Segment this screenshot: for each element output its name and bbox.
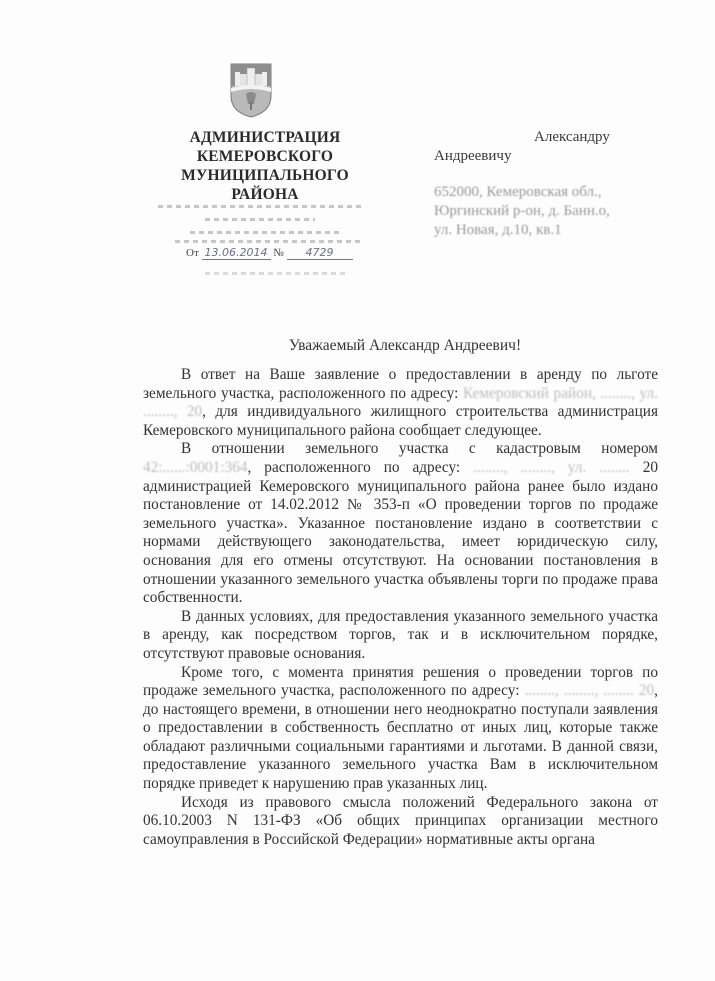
paragraph-2: В отношении земельного участка с кадастр…: [143, 440, 658, 607]
paragraph-text: , расположенного по адресу:: [248, 459, 474, 476]
redacted-org-address-3: [190, 231, 340, 234]
org-name-line-1: АДМИНИСТРАЦИЯ: [150, 128, 380, 147]
paragraph-text: В отношении земельного участка с кадастр…: [181, 440, 658, 457]
redacted-org-address-4: [175, 240, 360, 243]
letter-body: В ответ на Ваше заявление о предоставлен…: [143, 366, 658, 849]
number-label: №: [273, 247, 284, 259]
paragraph-3: В данных условиях, для предоставления ук…: [143, 608, 658, 664]
redacted-org-address-2: [205, 218, 315, 221]
redacted-address: ........, ........, ........ 20: [524, 682, 654, 699]
paragraph-5: Исходя из правового смысла положений Фед…: [143, 794, 658, 850]
greeting: Уважаемый Александр Андреевич!: [130, 337, 680, 355]
recipient-patronymic: Андреевичу: [434, 147, 704, 166]
document-number: 4729: [287, 246, 353, 260]
letter-page: АДМИНИСТРАЦИЯ КЕМЕРОВСКОГО МУНИЦИПАЛЬНОГ…: [0, 0, 715, 981]
paragraph-4: Кроме того, с момента принятия решения о…: [143, 664, 658, 794]
org-name-line-4: РАЙОНА: [150, 185, 380, 204]
recipient-block: Александру Андреевичу 652000, Кемеровска…: [434, 128, 704, 240]
redacted-cadastral-number: 42:......:0001:364: [143, 459, 248, 476]
recipient-address-line-1: 652000, Кемеровская обл.,: [434, 183, 704, 202]
paragraph-text: 20 администрацией Кемеровского муниципал…: [143, 459, 658, 606]
recipient-address-line-3: ул. Новая, д.10, кв.1: [434, 221, 704, 240]
document-date-number: От 13.06.2014 № 4729: [186, 246, 353, 260]
organization-name: АДМИНИСТРАЦИЯ КЕМЕРОВСКОГО МУНИЦИПАЛЬНОГ…: [150, 128, 380, 204]
document-date: 13.06.2014: [202, 246, 271, 260]
redacted-address: ........, ........, ул. ........: [473, 459, 630, 476]
redacted-reference-line: [205, 272, 345, 275]
date-prefix: От: [186, 247, 199, 259]
org-name-line-2: КЕМЕРОВСКОГО: [150, 147, 380, 166]
paragraph-text: , для индивидуального жилищного строител…: [143, 403, 658, 439]
org-name-line-3: МУНИЦИПАЛЬНОГО: [150, 166, 380, 185]
paragraph-1: В ответ на Ваше заявление о предоставлен…: [143, 366, 658, 440]
recipient-first-name: Александру: [434, 128, 704, 147]
redacted-org-address-1: [158, 205, 363, 208]
coat-of-arms-icon: [229, 62, 273, 118]
recipient-address-line-2: Юргинский р-он, д. Банн.о,: [434, 202, 704, 221]
